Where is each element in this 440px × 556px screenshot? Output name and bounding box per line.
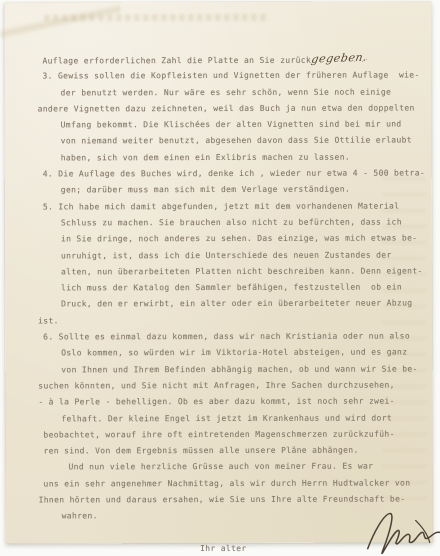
letter-line: haben, sich von dem einen ein Exlibris m… — [61, 149, 432, 166]
letter-line: ren sind. Von dem Ergebnis müssen alle u… — [43, 443, 432, 460]
valediction-text: Ihr alter — [200, 544, 247, 553]
letter-line-text: Auflage erforderlichen Zahl die Platte a… — [42, 56, 311, 66]
bleed-through-smudge — [44, 14, 269, 22]
letter-line: unruhigt, ist, dass ich die Unterschiede… — [61, 247, 432, 264]
scanned-letter-photo: Auflage erforderlichen Zahl die Platte a… — [0, 0, 440, 556]
letter-line: andere Vignetten dazu zeichneten, weil d… — [38, 100, 432, 117]
letter-line: 3. Gewiss sollen die Kopfleisten und Vig… — [42, 68, 431, 85]
signature-handwriting — [364, 508, 440, 556]
closing-row: Ihr alter — [159, 524, 433, 541]
letter-line: alten, nun überarbeiteten Platten nicht … — [61, 263, 432, 280]
letter-line: 6. Sollte es einmal dazu kommen, dass wi… — [43, 328, 432, 345]
letter-line: ist. — [38, 312, 432, 329]
letter-line: Druck, den er erwirbt, ein alter oder ei… — [61, 296, 432, 313]
handwritten-correction: gegeben. — [310, 50, 368, 68]
letter-line: Umfang bekommt. Die Klischées der alten … — [61, 117, 432, 134]
letter-line: felhaft. Der kleine Engel ist jetzt im K… — [61, 410, 432, 427]
letter-body: Auflage erforderlichen Zahl die Platte a… — [4, 51, 432, 541]
letter-line: - à la Perle - behelligen. Ob es aber da… — [38, 394, 432, 411]
letter-line: in Sie dringe, noch anderes zu sehen. Da… — [61, 231, 432, 248]
letter-line: gen; darüber muss man sich mit dem Verla… — [61, 182, 432, 199]
letter-line: Und nun viele herzliche Grüsse auch von … — [68, 459, 432, 476]
letter-line: lich muss der Katalog den Sammler befähi… — [61, 280, 432, 297]
letter-line: Schluss zu machen. Sie brauchen also nic… — [61, 214, 432, 231]
letter-line: von niemand weiter benutzt, abgesehen da… — [61, 133, 432, 150]
letter-page: Auflage erforderlichen Zahl die Platte a… — [4, 1, 432, 543]
letter-line: Auflage erforderlichen Zahl die Platte a… — [42, 51, 431, 68]
letter-line: 5. Ich habe mich damit abgefunden, jetzt… — [43, 198, 432, 215]
letter-line: von Ihnen und Ihrem Befinden abhängig ma… — [61, 361, 432, 378]
letter-line: Oslo kommen, so würden wir im Viktoria-H… — [61, 345, 432, 362]
letter-line: der benutzt werden. Nur wäre es sehr sch… — [61, 84, 432, 101]
letter-line: Ihnen hörten und daraus ersahen, wie Sie… — [39, 491, 433, 508]
letter-line: uns ein sehr angenehmer Nachmittag, als … — [44, 475, 433, 492]
letter-line: beobachtet, worauf ihre oft eintretenden… — [43, 426, 432, 443]
letter-line: suchen könnten, und Sie nicht mit Anfrag… — [38, 377, 432, 394]
letter-line: 4. Die Auflage des Buches wird, denke ic… — [43, 166, 432, 183]
